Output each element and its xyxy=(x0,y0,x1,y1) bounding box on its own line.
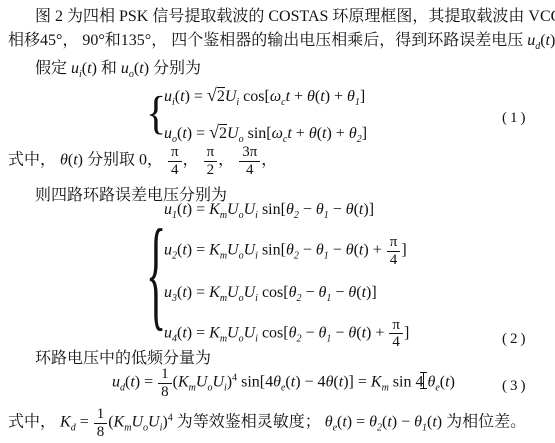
variable: t xyxy=(130,374,134,391)
brace-glyph: { xyxy=(146,214,166,338)
subscript: 3 xyxy=(172,293,177,304)
variable: t xyxy=(339,374,343,391)
variable: K xyxy=(209,242,220,259)
fraction: 18 xyxy=(158,366,172,400)
equation-number-1: (1) xyxy=(502,110,529,127)
paragraph-line-6: 式中， Kd = 18(KmUoUi)4 为等效鉴相灵敏度； θe(t) = θ… xyxy=(8,406,526,440)
equation-system-2: { u1(t) = KmUoUi sin[θ2 − θ1 − θ(t)] u2(… xyxy=(146,201,409,351)
subscript: 1 xyxy=(355,97,360,108)
variable: U xyxy=(196,374,208,391)
variable: U xyxy=(227,242,239,259)
variable: ω xyxy=(272,125,283,142)
variable: θ xyxy=(347,88,355,105)
variable: t xyxy=(387,414,391,431)
subscript: 2 xyxy=(172,251,177,262)
subscript: m xyxy=(220,251,227,262)
subscript: m xyxy=(382,383,389,394)
equation-3: ud(t) = 18(KmUoUi)4 sin[4θe(t) − 4θ(t)] … xyxy=(112,366,455,400)
sqrt-radical: √2 xyxy=(209,125,227,142)
variable: u xyxy=(112,374,120,391)
variable: t xyxy=(359,201,363,218)
variable: K xyxy=(209,325,220,342)
fraction: 18 xyxy=(94,406,108,440)
variable: t xyxy=(359,242,363,259)
subscript: d xyxy=(71,423,76,434)
variable: u xyxy=(121,60,129,77)
variable: t xyxy=(182,242,186,259)
sqrt-radical: √2 xyxy=(207,88,225,105)
subscript: e xyxy=(435,383,439,394)
variable: θ xyxy=(307,88,315,105)
subscript: o xyxy=(129,69,134,80)
variable: θ xyxy=(316,201,324,218)
left-brace: { xyxy=(146,85,159,143)
text-cursor-artifact xyxy=(420,372,427,389)
subscript: 2 xyxy=(357,134,362,145)
variable: U xyxy=(227,325,239,342)
subscript: 4 xyxy=(172,334,177,345)
variable: t xyxy=(320,88,324,105)
subscript: 1 xyxy=(326,334,331,345)
variable: t xyxy=(445,374,449,391)
theta-values-line: 式中， θ(t) 分别取 0， π4， π2， 3π4， xyxy=(8,144,277,178)
paragraph-line-3: 假定 ui(t) 和 uo(t) 分别为 xyxy=(35,58,201,80)
variable: K xyxy=(209,284,220,301)
equation-number-2: (2) xyxy=(502,331,529,348)
variable: U xyxy=(227,201,239,218)
variable: t xyxy=(286,88,290,105)
equation-2-row-1: u1(t) = KmUoUi sin[θ2 − θ1 − θ(t)] xyxy=(164,201,409,219)
variable: t xyxy=(139,60,143,77)
variable: θ xyxy=(325,414,333,431)
subscript: 1 xyxy=(172,210,177,221)
variable: t xyxy=(182,325,186,342)
equation-2-row-2: u2(t) = KmUoUi sin[θ2 − θ1 − θ(t) + π4] xyxy=(164,234,409,268)
variable: θ xyxy=(286,201,294,218)
subscript: i xyxy=(79,69,82,80)
fraction: π2 xyxy=(204,144,218,178)
variable: U xyxy=(227,125,239,142)
fraction: π4 xyxy=(387,234,401,268)
subscript: 2 xyxy=(294,251,299,262)
equation-number-3: (3) xyxy=(502,378,529,395)
equation-1-row-1: ui(t) = √2Ui cos[ωct + θ(t) + θ1] xyxy=(164,85,367,106)
variable: t xyxy=(182,201,186,218)
subscript: m xyxy=(220,210,227,221)
subscript: m xyxy=(220,293,227,304)
variable: θ xyxy=(60,152,68,169)
variable: t xyxy=(87,60,91,77)
variable: K xyxy=(114,414,125,431)
subscript: i xyxy=(255,334,258,345)
subscript: i xyxy=(255,293,258,304)
variable: t xyxy=(546,32,550,49)
variable: U xyxy=(131,414,143,431)
variable: u xyxy=(527,32,535,49)
subscript: d xyxy=(535,41,540,52)
variable: u xyxy=(71,60,79,77)
subscript: d xyxy=(120,383,125,394)
paragraph-line-2: 相移45°， 90°和135°， 四个鉴相器的输出电压相乘后，得到环路误差电压 … xyxy=(8,30,555,52)
superscript: 4 xyxy=(168,413,173,424)
subscript: i xyxy=(224,383,227,394)
variable: t xyxy=(322,125,326,142)
variable: K xyxy=(178,374,189,391)
subscript: e xyxy=(333,423,337,434)
variable: θ xyxy=(346,242,354,259)
variable: t xyxy=(73,152,77,169)
subscript: i xyxy=(160,423,163,434)
equation-2-row-4: u4(t) = KmUoUi cos[θ2 − θ1 − θ(t) + π4] xyxy=(164,317,409,351)
variable: t xyxy=(362,325,366,342)
variable: θ xyxy=(346,201,354,218)
variable: θ xyxy=(326,374,334,391)
variable: U xyxy=(244,325,256,342)
subscript: 2 xyxy=(296,334,301,345)
variable: θ xyxy=(414,414,422,431)
variable: U xyxy=(244,284,256,301)
fraction: π4 xyxy=(389,317,403,351)
variable: θ xyxy=(286,242,294,259)
variable: U xyxy=(227,284,239,301)
subscript: 2 xyxy=(296,293,301,304)
subscript: 2 xyxy=(294,210,299,221)
variable: t xyxy=(180,88,184,105)
variable: θ xyxy=(309,125,317,142)
superscript: 4 xyxy=(232,373,237,384)
variable: K xyxy=(60,414,71,431)
variable: θ xyxy=(349,125,357,142)
equation-system-1: { ui(t) = √2Ui cos[ωct + θ(t) + θ1] uo(t… xyxy=(146,85,367,143)
variable: θ xyxy=(369,414,377,431)
subscript: m xyxy=(189,383,196,394)
variable: K xyxy=(209,201,220,218)
variable: U xyxy=(244,201,256,218)
variable: ω xyxy=(270,88,281,105)
equation-2-row-3: u3(t) = KmUoUi cos[θ2 − θ1 − θ(t)] xyxy=(164,284,409,302)
left-brace: { xyxy=(146,201,159,351)
variable: U xyxy=(212,374,224,391)
document-page: 图 2 为四相 PSK 信号提取载波的 COSTAS 环原理框图，其提取载波由 … xyxy=(0,0,555,443)
variable: t xyxy=(291,374,295,391)
subscript: i xyxy=(255,210,258,221)
variable: θ xyxy=(316,242,324,259)
variable: t xyxy=(287,125,291,142)
subscript: 1 xyxy=(422,423,427,434)
variable: K xyxy=(371,374,382,391)
subscript: 1 xyxy=(324,210,329,221)
variable: θ xyxy=(348,325,356,342)
subscript: 2 xyxy=(377,423,382,434)
subscript: e xyxy=(281,383,285,394)
subscript: 1 xyxy=(324,251,329,262)
variable: θ xyxy=(273,374,281,391)
variable: U xyxy=(225,88,237,105)
variable: U xyxy=(244,242,256,259)
subscript: i xyxy=(172,97,175,108)
subscript: i xyxy=(236,97,239,108)
brace-glyph: { xyxy=(146,90,166,137)
fraction: π4 xyxy=(168,144,182,178)
subscript: i xyxy=(255,251,258,262)
paragraph-line-1: 图 2 为四相 PSK 信号提取载波的 COSTAS 环原理框图，其提取载波由 … xyxy=(35,6,555,28)
subscript: 1 xyxy=(326,293,331,304)
variable: t xyxy=(182,284,186,301)
equation-1-row-2: uo(t) = √2Uo sin[ωct + θ(t) + θ2] xyxy=(164,122,367,143)
subscript: m xyxy=(220,334,227,345)
variable: t xyxy=(342,414,346,431)
variable: θ xyxy=(348,284,356,301)
fraction: 3π4 xyxy=(239,144,260,178)
variable: t xyxy=(182,125,186,142)
variable: U xyxy=(148,414,160,431)
variable: t xyxy=(362,284,366,301)
variable: t xyxy=(432,414,436,431)
